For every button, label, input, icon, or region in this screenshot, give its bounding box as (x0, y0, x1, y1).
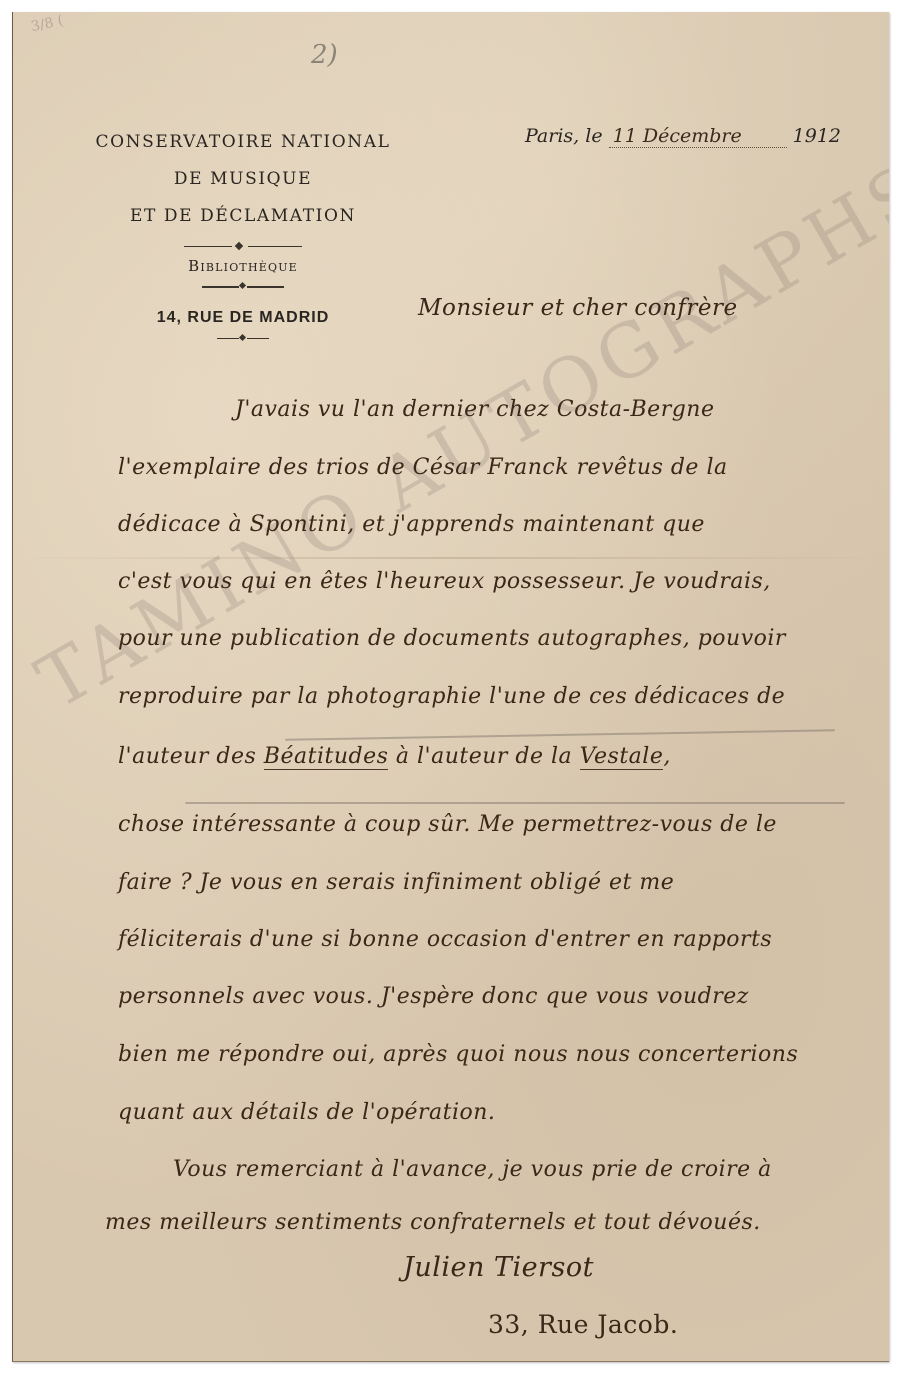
body-line: chose intéressante à coup sûr. Me permet… (118, 812, 777, 837)
body-line: c'est vous qui en êtes l'heureux possess… (118, 569, 771, 594)
signature: Julien Tiersot (403, 1252, 594, 1283)
archive-mark: 2) (311, 40, 338, 70)
body-line: J'avais vu l'an dernier chez Costa-Bergn… (235, 397, 714, 422)
body-line: l'exemplaire des trios de César Franck r… (118, 455, 728, 480)
body-line: bien me répondre oui, après quoi nous no… (118, 1042, 798, 1067)
pencil-underline (285, 729, 835, 741)
letterhead-address: 14, RUE DE MADRID (33, 309, 453, 327)
pencil-underline (185, 802, 845, 804)
salutation: Monsieur et cher confrère (418, 295, 738, 321)
body-line: personnels avec vous. J'espère donc que … (118, 984, 749, 1009)
corner-pencil-mark: 3/8 ( (30, 13, 65, 35)
body-line: quant aux détails de l'opération. (118, 1100, 495, 1125)
ornament-divider (217, 335, 269, 343)
ornament-divider (184, 243, 302, 251)
body-line-segment: l'auteur des (118, 744, 264, 769)
signature-address: 33, Rue Jacob. (488, 1310, 678, 1339)
ornament-divider (202, 283, 284, 291)
dateline: Paris, le 11 Décembre 1912 (525, 125, 841, 148)
body-line-segment: à l'auteur de la (388, 744, 579, 769)
underlined-word-beatitudes: Béatitudes (264, 744, 389, 770)
letterhead-department: Bibliothèque (33, 257, 453, 275)
letter-sheet: 3/8 ( 2) TAMINO AUTOGRAPHS CONSERVATOIRE… (12, 12, 889, 1362)
dateline-year: 1912 (793, 125, 841, 147)
body-line: dédicace à Spontini, et j'apprends maint… (118, 512, 705, 537)
underlined-word-vestale: Vestale (580, 744, 664, 770)
dateline-day-month: 11 Décembre (609, 125, 787, 148)
body-line: faire ? Je vous en serais infiniment obl… (118, 870, 674, 895)
body-line: reproduire par la photographie l'une de … (118, 684, 785, 709)
closing-line: mes meilleurs sentiments confraternels e… (105, 1210, 761, 1235)
letterhead-line-3: ET DE DÉCLAMATION (33, 198, 453, 235)
closing-line: Vous remerciant à l'avance, je vous prie… (173, 1157, 772, 1182)
dateline-prefix: Paris, le (525, 125, 603, 147)
letterhead-line-2: DE MUSIQUE (33, 161, 453, 198)
body-line-with-underlines: l'auteur des Béatitudes à l'auteur de la… (118, 744, 671, 769)
paper-fold-crease (13, 557, 889, 559)
letterhead-line-1: CONSERVATOIRE NATIONAL (33, 124, 453, 161)
body-line: féliciterais d'une si bonne occasion d'e… (118, 927, 772, 952)
letterhead: CONSERVATOIRE NATIONAL DE MUSIQUE ET DE … (33, 124, 453, 343)
body-line: pour une publication de documents autogr… (118, 626, 786, 651)
